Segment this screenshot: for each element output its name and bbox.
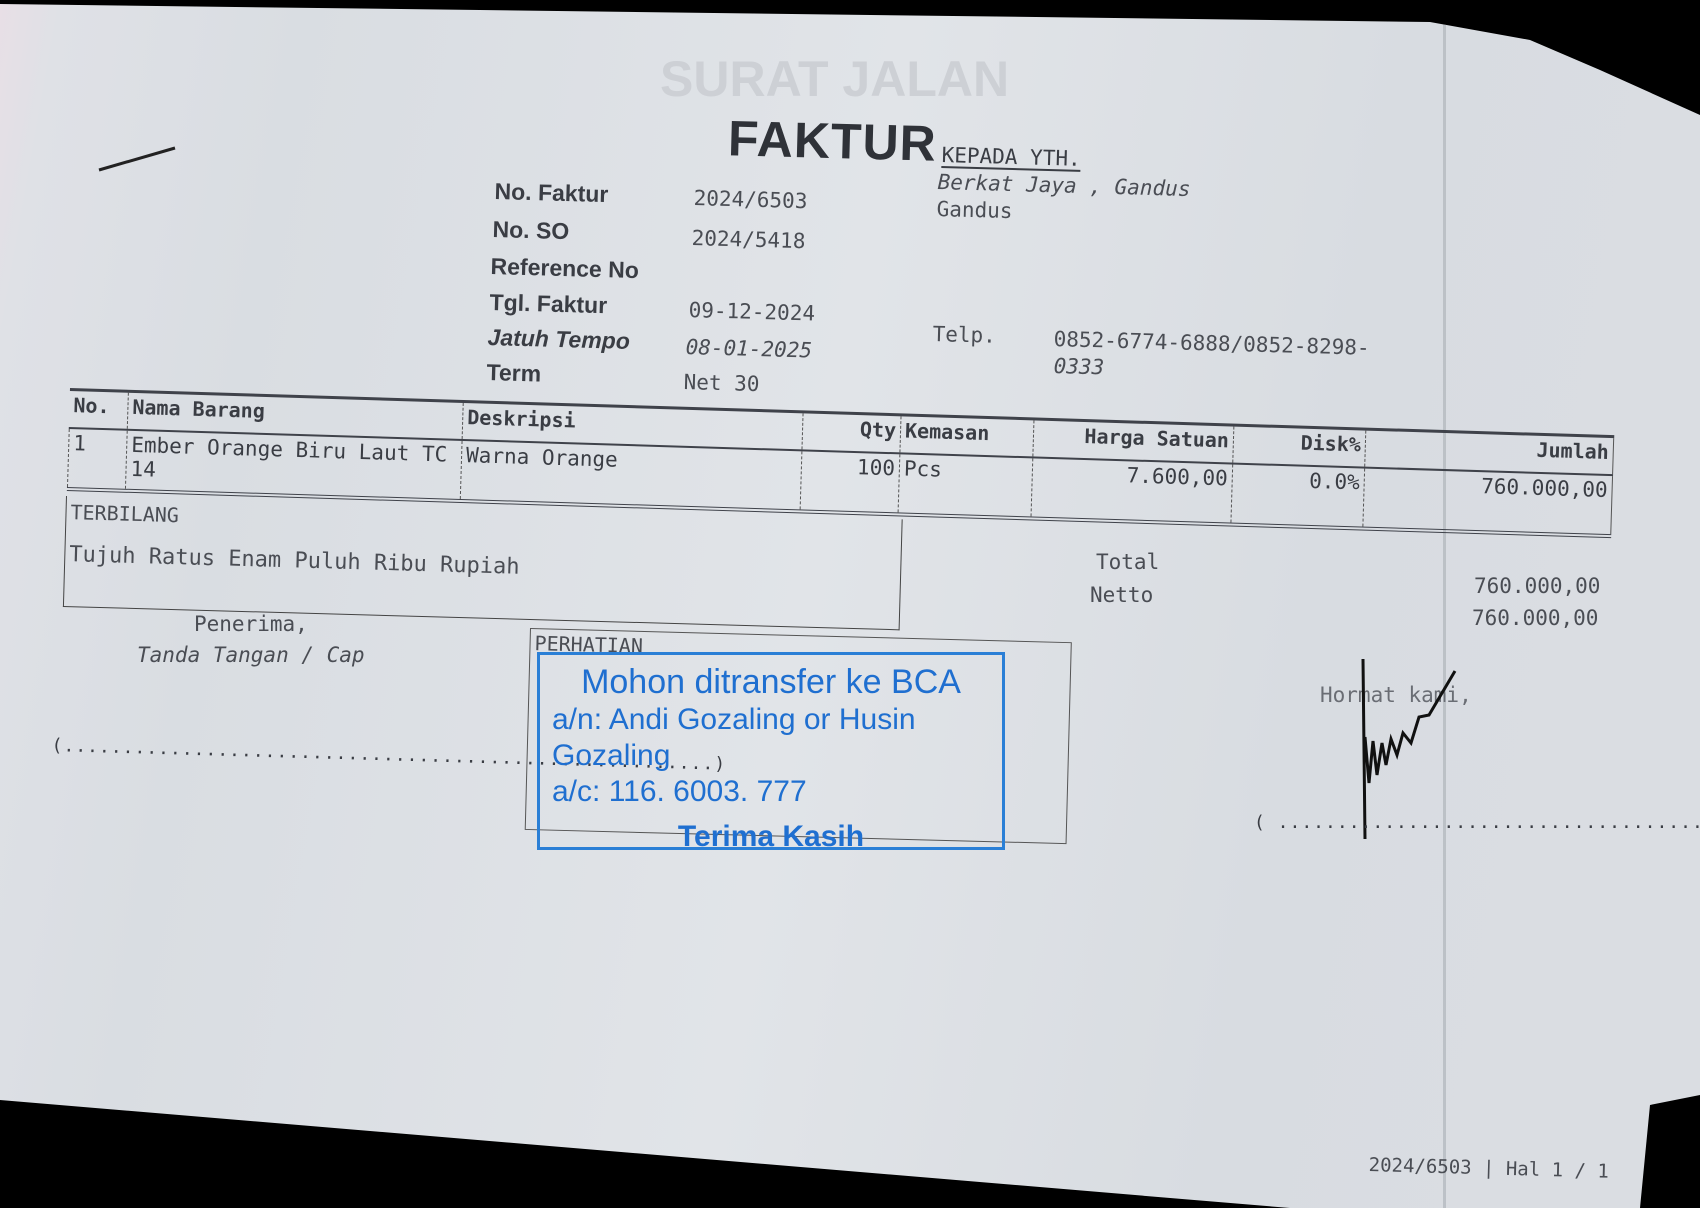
field-value-no-faktur: 2024/6503	[693, 186, 807, 213]
col-jumlah: Jumlah	[1364, 431, 1614, 475]
invoice-paper: SURAT JALAN FAKTUR KEPADA YTH. Berkat Ja…	[0, 0, 1700, 1208]
field-label-no-faktur: No. Faktur	[494, 178, 608, 208]
total-label: Total	[1096, 550, 1159, 574]
bank-transfer-stamp: Mohon ditransfer ke BCA a/n: Andi Gozali…	[537, 652, 1005, 850]
col-harga-satuan: Harga Satuan	[1032, 420, 1233, 462]
col-disk: Disk%	[1232, 427, 1365, 467]
stamp-line-2: a/n: Andi Gozaling or Husin Gozaling	[552, 702, 990, 774]
penerima-sub: Tanda Tangan / Cap	[137, 643, 365, 667]
phone-line-2: 0333	[1053, 354, 1104, 379]
terbilang-box: TERBILANG Tujuh Ratus Enam Puluh Ribu Ru…	[63, 496, 903, 630]
netto-value: 760.000,00	[1472, 606, 1598, 630]
recipient-city: Gandus	[936, 197, 1012, 223]
cell-nama-barang: Ember Orange Biru Laut TC 14	[125, 431, 462, 499]
cell-deskripsi: Warna Orange	[460, 441, 802, 509]
netto-label: Netto	[1090, 583, 1153, 607]
col-no: No.	[69, 391, 128, 429]
field-value-term: Net 30	[683, 370, 759, 396]
page-footer: 2024/6503 | Hal 1 / 1	[1368, 1154, 1609, 1183]
cell-qty: 100	[800, 451, 900, 512]
stamp-line-4: Terima Kasih	[552, 820, 990, 854]
field-label-tgl-faktur: Tgl. Faktur	[489, 289, 607, 319]
phone-label: Telp.	[932, 322, 996, 348]
terbilang-text: Tujuh Ratus Enam Puluh Ribu Rupiah	[69, 542, 520, 580]
field-label-no-so: No. SO	[492, 216, 569, 245]
fold-line	[1443, 0, 1446, 1208]
total-value: 760.000,00	[1474, 574, 1600, 598]
recipient-heading: KEPADA YTH.	[941, 143, 1081, 171]
field-label-term: Term	[486, 359, 541, 388]
terbilang-label: TERBILANG	[70, 500, 179, 527]
hormat-sign-line: ( ......................................…	[1254, 812, 1700, 833]
field-label-jatuh-tempo: Jatuh Tempo	[487, 324, 630, 355]
cell-disk: 0.0%	[1230, 465, 1364, 527]
field-label-reference: Reference No	[490, 253, 639, 284]
col-kemasan: Kemasan	[899, 416, 1033, 456]
stamp-line-3: a/c: 116. 6003. 777	[552, 774, 990, 810]
field-value-tgl-faktur: 09-12-2024	[688, 298, 815, 326]
pen-mark-icon	[95, 140, 185, 180]
field-value-jatuh-tempo: 08-01-2025	[685, 335, 812, 363]
cell-kemasan: Pcs	[898, 454, 1033, 516]
penerima-label: Penerima,	[194, 612, 308, 636]
cell-jumlah: 760.000,00	[1362, 469, 1613, 535]
ghost-title: SURAT JALAN	[660, 50, 1009, 108]
col-qty: Qty	[801, 413, 900, 452]
recipient-name: Berkat Jaya , Gandus	[937, 170, 1190, 201]
document-title: FAKTUR	[727, 109, 937, 172]
cell-no: 1	[67, 429, 127, 489]
cell-harga-satuan: 7.600,00	[1031, 458, 1233, 522]
stamp-line-1: Mohon ditransfer ke BCA	[552, 663, 990, 702]
field-value-no-so: 2024/5418	[691, 226, 805, 253]
